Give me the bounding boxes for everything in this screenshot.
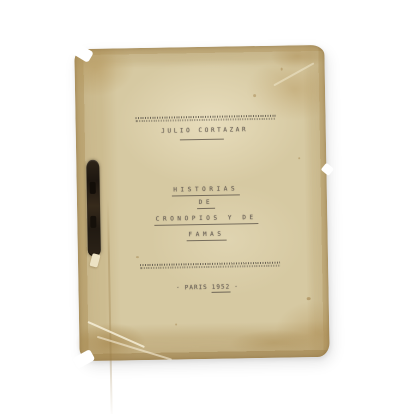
title-row: FAMAS [85, 219, 327, 236]
imprint-line: ·PARIS1952· [86, 282, 328, 293]
author-underline [180, 139, 224, 141]
title-block: HISTORIAS DE CRONOPIOS Y DE FAMAS [85, 174, 328, 236]
imprint-city: PARIS [185, 284, 208, 291]
imprint-year: 1952 [212, 284, 231, 293]
title-line-4: FAMAS [186, 231, 226, 242]
manuscript-cover: JULIO CORTAZAR HISTORIAS DE CRONOPIOS Y … [74, 45, 329, 361]
typed-ornament-rule-bottom [140, 262, 280, 269]
author-name: JULIO CORTAZAR [84, 125, 326, 136]
imprint-prefix-dot: · [176, 284, 181, 291]
typed-ornament-rule-top [135, 115, 275, 122]
imprint-suffix-dot: · [234, 283, 239, 290]
typed-cover-text: JULIO CORTAZAR HISTORIAS DE CRONOPIOS Y … [74, 45, 329, 361]
photo-background: JULIO CORTAZAR HISTORIAS DE CRONOPIOS Y … [0, 0, 414, 414]
